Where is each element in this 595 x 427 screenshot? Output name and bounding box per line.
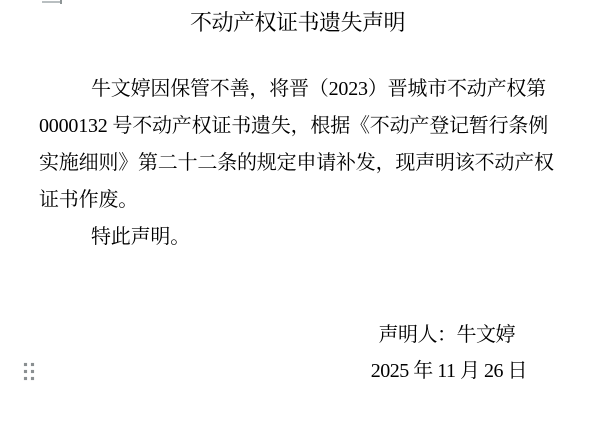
signature-declarant: 声明人：牛文婷: [379, 324, 516, 346]
body-paragraph1-line1: 牛文婷因保管不善，将晋（2023）晋城市不动产权第: [91, 78, 546, 100]
body-paragraph2: 特此声明。: [91, 226, 190, 248]
handle-dot: [24, 370, 27, 373]
signature-date: 2025 年 11 月 26 日: [371, 360, 527, 382]
handle-dot: [31, 363, 34, 366]
body-paragraph1-line2: 0000132 号不动产权证书遗失，根据《不动产登记暂行条例: [39, 115, 548, 137]
ruler-mark-artifact: [42, 1, 62, 3]
handle-dot: [31, 370, 34, 373]
handle-dot: [31, 377, 34, 380]
document-title: 不动产权证书遗失声明: [0, 10, 595, 36]
body-paragraph1-line3: 实施细则》第二十二条的规定申请补发，现声明该不动产权: [39, 152, 554, 174]
handle-dot: [24, 363, 27, 366]
ruler-mark-tip: [60, 0, 62, 4]
handle-dot: [24, 377, 27, 380]
body-paragraph1-line4: 证书作废。: [39, 189, 138, 211]
drag-handle-dots-artifact: [24, 363, 34, 381]
document-page: 不动产权证书遗失声明 牛文婷因保管不善，将晋（2023）晋城市不动产权第 000…: [0, 0, 595, 427]
